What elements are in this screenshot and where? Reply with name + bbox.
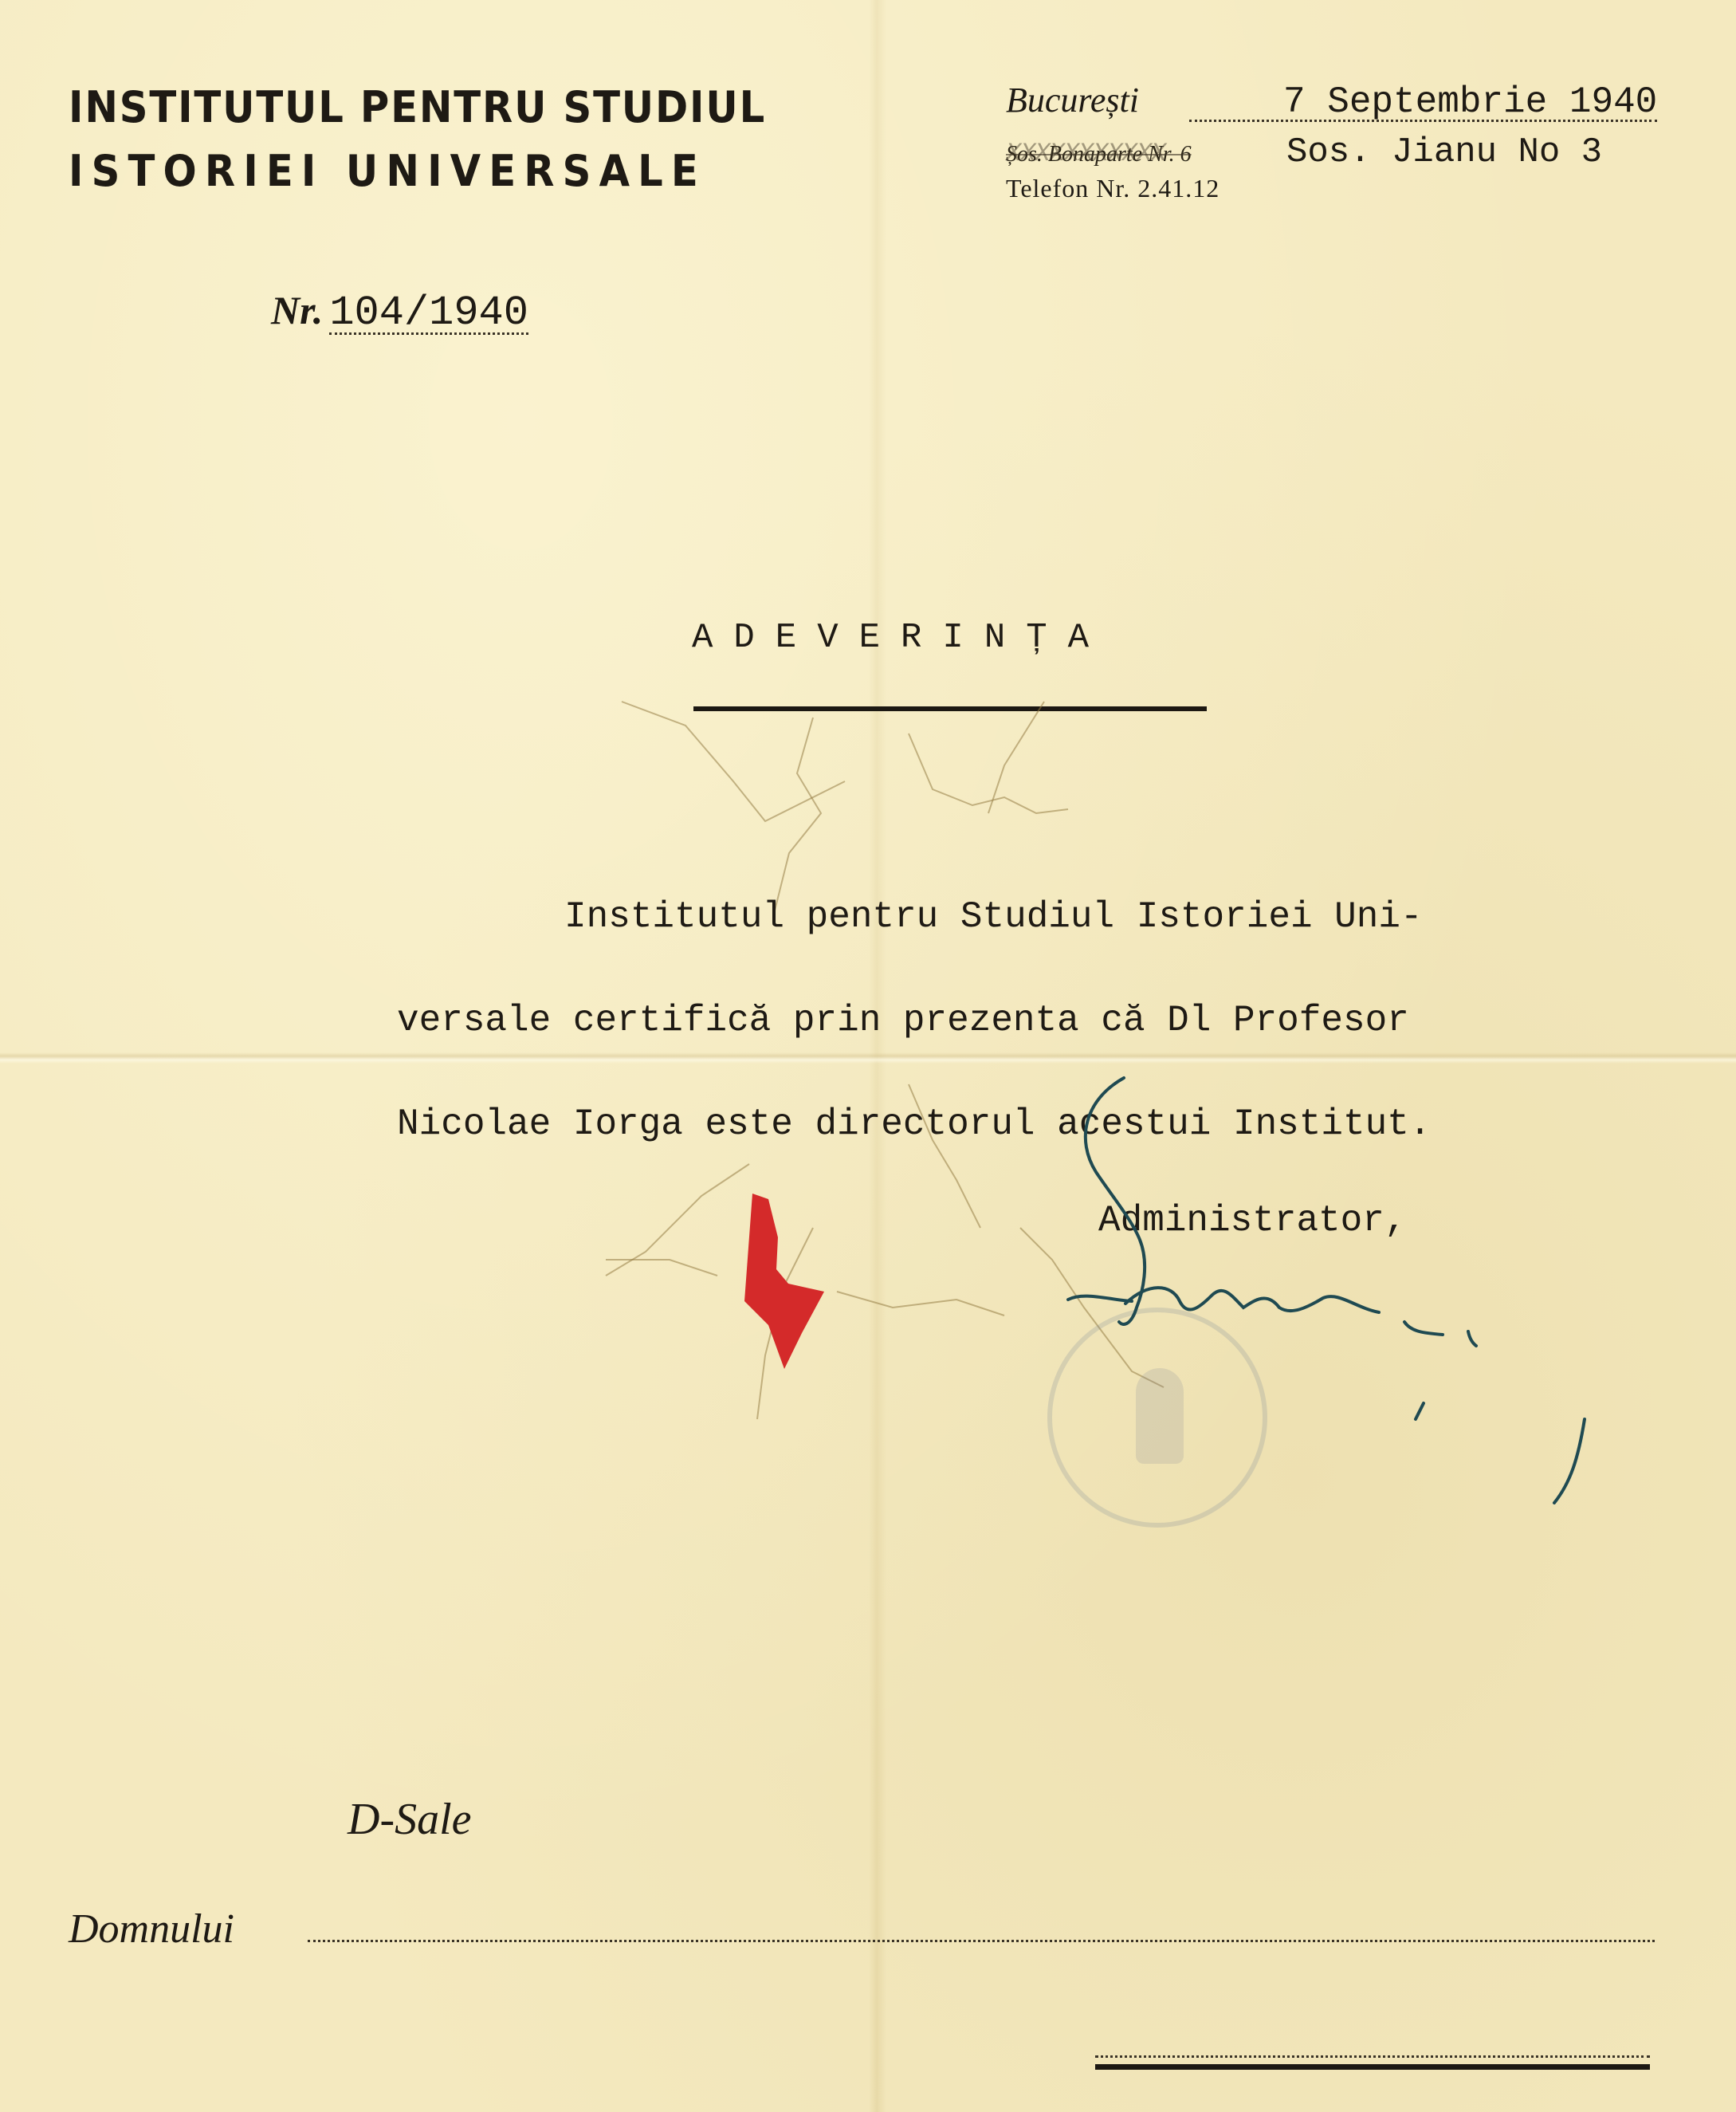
- reference-number: Nr. 104/1940: [271, 287, 528, 335]
- recipient-label: Domnului: [69, 1906, 308, 1953]
- address-typed: Sos. Jianu No 3: [1286, 132, 1602, 172]
- handwritten-signature: [1060, 1068, 1602, 1515]
- letterhead-line-1: INSTITUTUL PENTRU STUDIUL: [69, 76, 766, 140]
- document-title: ADEVERINȚA: [692, 618, 1212, 658]
- address-row: Șos. Bonaparte Nr. 6 Sos. Jianu No 3: [1006, 132, 1657, 174]
- address-struck-out: Șos. Bonaparte Nr. 6: [1006, 142, 1286, 167]
- salutation: D-Sale: [348, 1794, 472, 1845]
- recipient-field: [308, 1908, 1655, 1942]
- reference-label: Nr.: [271, 287, 323, 333]
- closing-solid-line: [1095, 2064, 1650, 2070]
- date-value: 7 Septembrie 1940: [1189, 85, 1657, 122]
- phone-number: Telefon Nr. 2.41.12: [1006, 174, 1657, 203]
- city-label: București: [1006, 80, 1189, 120]
- letterhead: INSTITUTUL PENTRU STUDIUL ISTORIEI UNIVE…: [69, 76, 766, 203]
- city-date-row: București 7 Septembrie 1940: [1006, 80, 1657, 132]
- body-line-2: versale certifică prin prezenta că Dl Pr…: [397, 969, 1704, 1072]
- closing-rules: [1095, 2051, 1650, 2070]
- place-date-block: București 7 Septembrie 1940 Șos. Bonapar…: [1006, 80, 1657, 203]
- closing-dotted-line: [1095, 2051, 1650, 2058]
- letterhead-line-2: ISTORIEI UNIVERSALE: [69, 140, 766, 203]
- body-line-1: Institutul pentru Studiul Istoriei Uni-: [397, 865, 1704, 969]
- reference-value: 104/1940: [329, 294, 528, 335]
- red-redaction-mark: [744, 1190, 832, 1373]
- recipient-row: Domnului: [69, 1906, 1655, 1953]
